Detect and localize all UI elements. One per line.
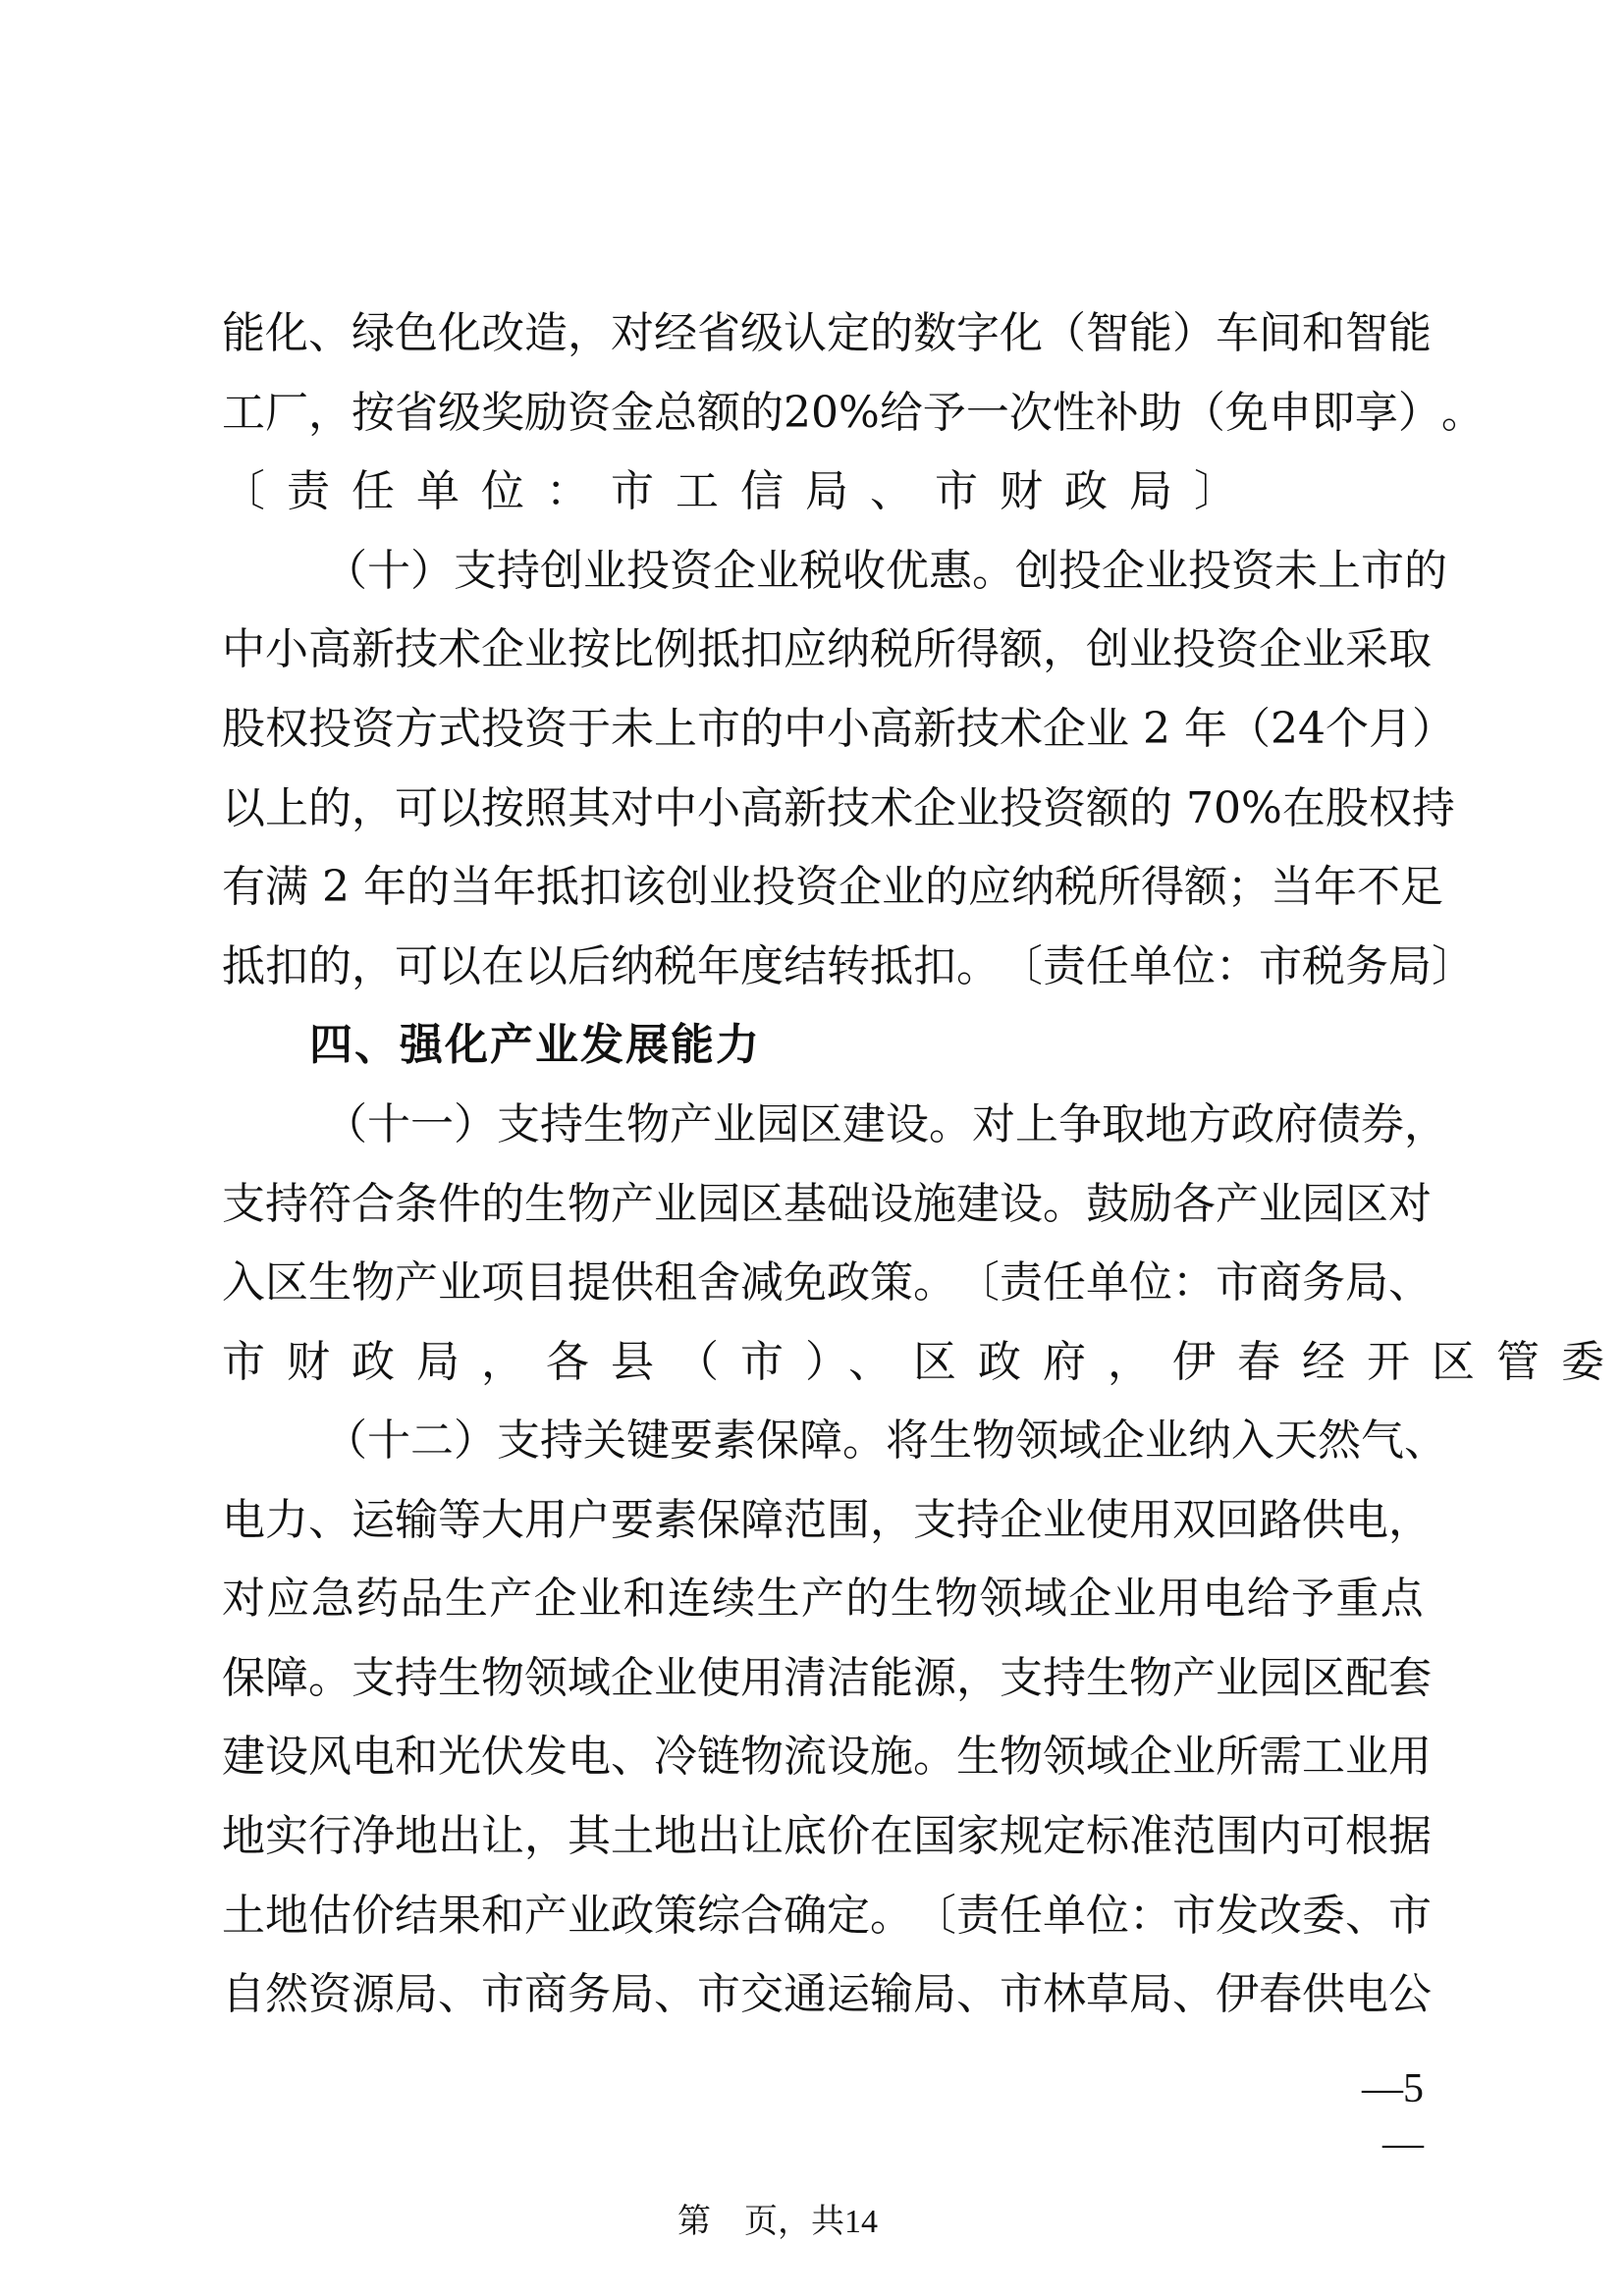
section-heading: 四、强化产业发展能力 (309, 1016, 761, 1075)
clause-12-title-line: （十二）支持关键要素保障。将生物领域企业纳入天然气、 (324, 1412, 1424, 1470)
body-text-line: 支持符合条件的生物产业园区基础设施建设。鼓励各产业园区对 (222, 1175, 1424, 1234)
body-text-line: 能化、绿色化改造，对经省级认定的数字化（智能）车间和智能 (222, 304, 1424, 363)
body-text-line: 以上的，可以按照其对中小高新技术企业投资额的 70%在股权持 (222, 779, 1424, 838)
body-text-line: 股权投资方式投资于未上市的中小高新技术企业 2 年（24个月） (222, 700, 1424, 759)
body-text-line: 土地估价结果和产业政策综合确定。〔责任单位：市发改委、市 (222, 1887, 1424, 1946)
body-text-line: 抵扣的，可以在以后纳税年度结转抵扣。〔责任单位：市税务局〕 (222, 937, 1424, 996)
body-text-line: 有满 2 年的当年抵扣该创业投资企业的应纳税所得额；当年不足 (222, 858, 1424, 917)
body-text-line: 工厂，按省级奖励资金总额的20%给予一次性补助（免申即享）。 (222, 384, 1424, 443)
responsibility-note: 市财政局，各县（市）、区政府，伊春经开区管委会〕 (222, 1333, 1424, 1392)
document-page: 能化、绿色化改造，对经省级认定的数字化（智能）车间和智能 工厂，按省级奖励资金总… (0, 0, 1624, 2296)
body-text-line: 电力、运输等大用户要素保障范围，支持企业使用双回路供电， (222, 1491, 1424, 1550)
page-number: —5— (1330, 2061, 1424, 2171)
body-text-line: 建设风电和光伏发电、冷链物流设施。生物领域企业所需工业用 (222, 1728, 1424, 1787)
clause-11-title-line: （十一）支持生物产业园区建设。对上争取地方政府债券， (324, 1095, 1424, 1154)
body-text-line: 自然资源局、市商务局、市交通运输局、市林草局、伊春供电公 (222, 1965, 1424, 2024)
body-text-line: 保障。支持生物领域企业使用清洁能源，支持生物产业园区配套 (222, 1649, 1424, 1708)
page-footer: 第 页，共14 (677, 2199, 878, 2246)
body-text-line: 入区生物产业项目提供租舍减免政策。〔责任单位：市商务局、 (222, 1254, 1424, 1312)
clause-10-title-line: （十）支持创业投资企业税收优惠。创投企业投资未上市的 (324, 542, 1424, 601)
body-text-line: 对应急药品生产企业和连续生产的生物领域企业用电给予重点 (222, 1570, 1424, 1629)
body-text-line: 中小高新技术企业按比例抵扣应纳税所得额，创业投资企业采取 (222, 620, 1424, 679)
body-text-line: 地实行净地出让，其土地出让底价在国家规定标准范围内可根据 (222, 1807, 1424, 1866)
responsibility-note: 〔责任单位：市工信局、市财政局〕 (222, 462, 1424, 521)
